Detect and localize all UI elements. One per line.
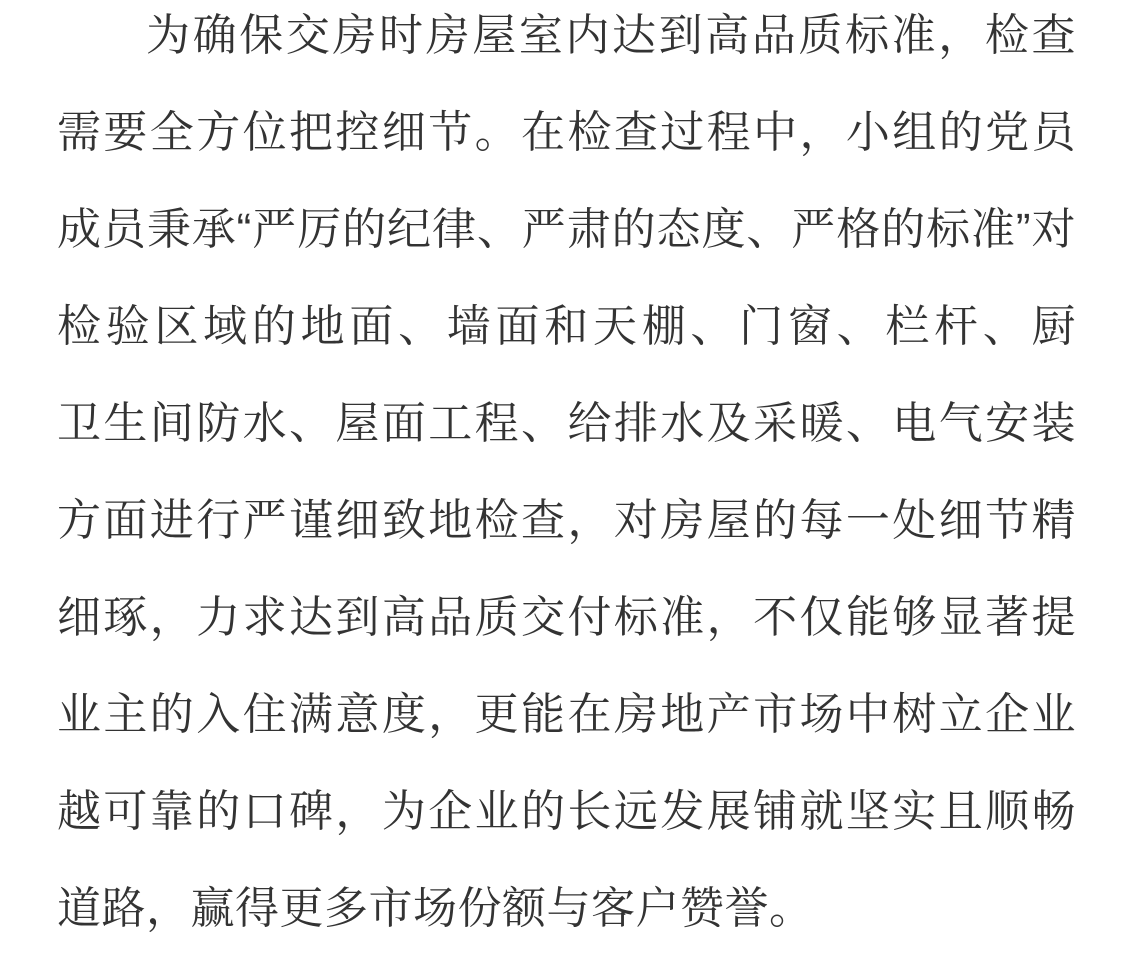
- text-line: 方面进行严谨细致地检查，对房屋的每一处细节精雕: [57, 472, 1076, 569]
- text-line: 道路，赢得更多市场份额与客户赞誉。: [57, 860, 1076, 957]
- body-paragraph: 为确保交房时房屋室内达到高品质标准，检查组 需要全方位把控细节。在检查过程中，小…: [0, 0, 1133, 957]
- text-line: 细琢，力求达到高品质交付标准，不仅能够显著提升: [57, 569, 1076, 666]
- text-line: 业主的入住满意度，更能在房地产市场中树立企业卓: [57, 666, 1076, 763]
- text-line: 卫生间防水、屋面工程、给排水及采暖、电气安装等: [57, 375, 1076, 472]
- text-line: 检验区域的地面、墙面和天棚、门窗、栏杆、厨房、: [57, 278, 1076, 375]
- text-line: 成员秉承“严厉的纪律、严肃的态度、严格的标准”对: [57, 181, 1076, 278]
- text-line: 需要全方位把控细节。在检查过程中，小组的党员及: [57, 84, 1076, 181]
- document-page: 为确保交房时房屋室内达到高品质标准，检查组 需要全方位把控细节。在检查过程中，小…: [0, 0, 1133, 957]
- text-line: 越可靠的口碑，为企业的长远发展铺就坚实且顺畅的: [57, 763, 1076, 860]
- text-line: 为确保交房时房屋室内达到高品质标准，检查组: [57, 0, 1076, 84]
